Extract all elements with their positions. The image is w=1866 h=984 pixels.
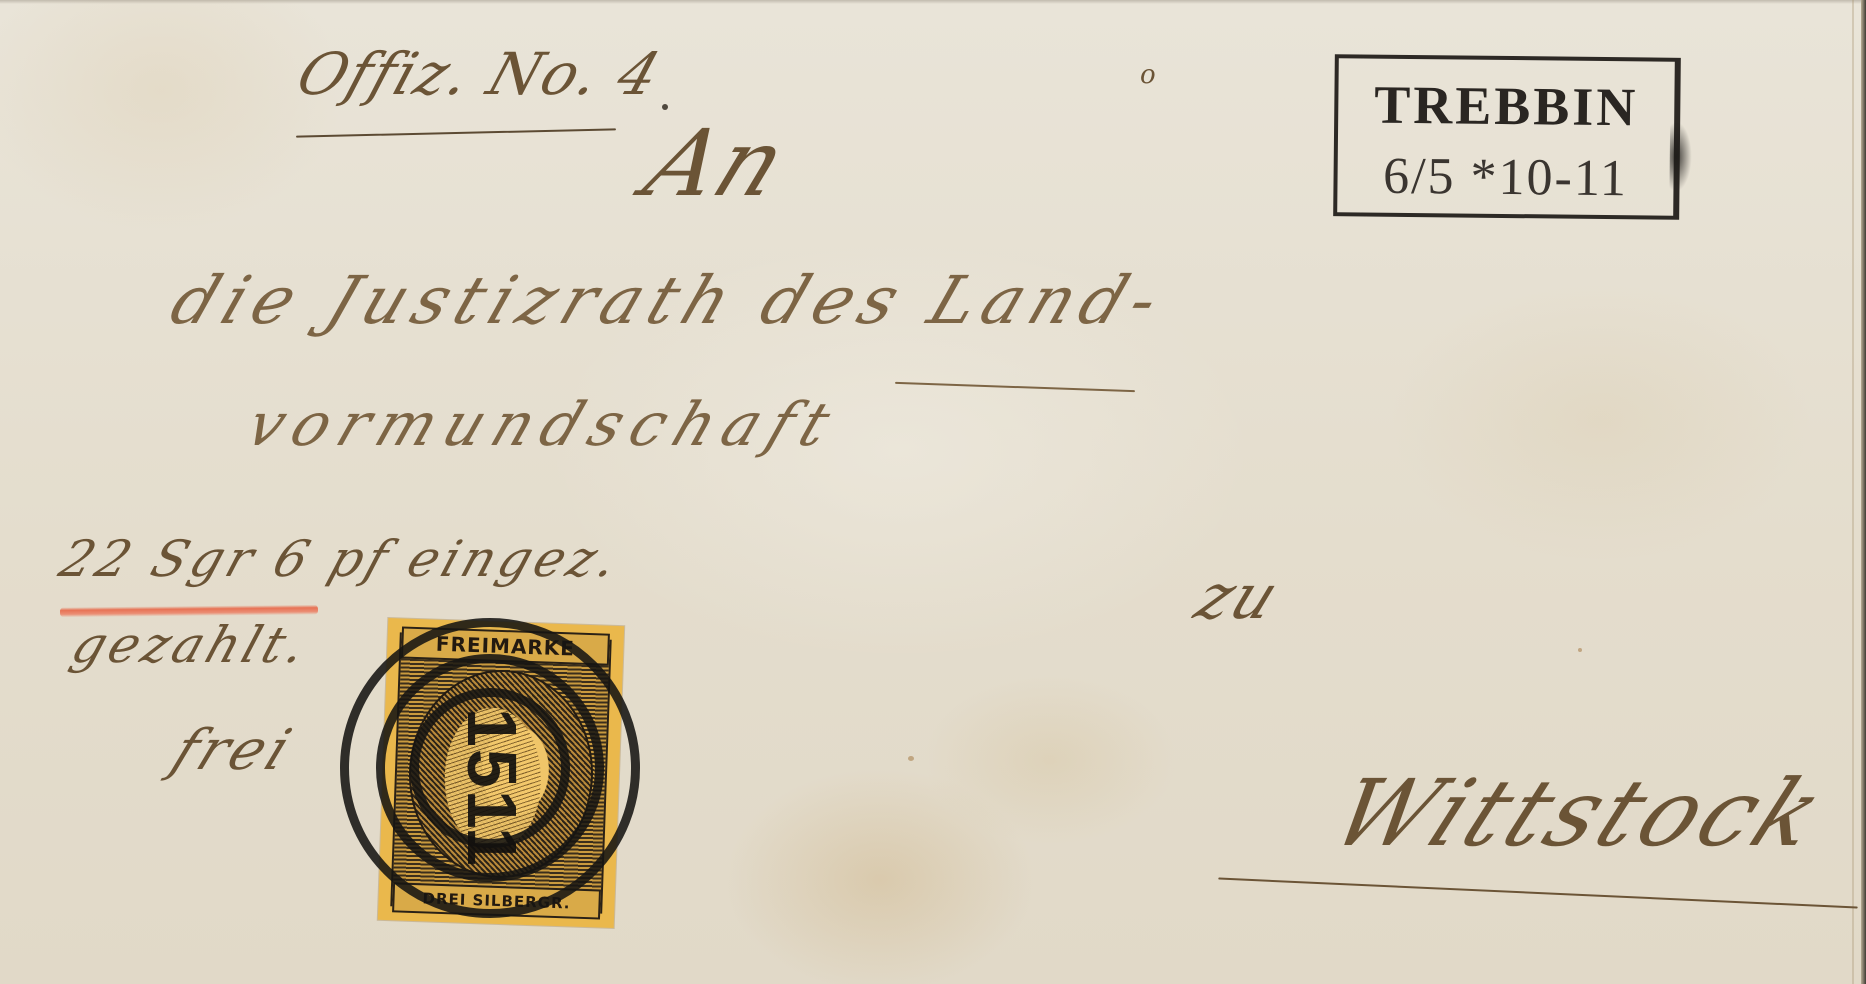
docket-note: Offiz. No. 4	[289, 40, 670, 108]
postal-cover: Offiz. No. 4 o TREBBIN 6/5 *10-11 An die…	[0, 0, 1866, 984]
address-line-2: vormundschaft	[237, 390, 849, 460]
stamp-label-bottom: DREI SILBERGR.	[392, 882, 601, 919]
address-flourish	[895, 382, 1135, 392]
address-town: Wittstock	[1316, 760, 1843, 867]
fee-note-line-2: gezahlt.	[65, 616, 318, 674]
right-edge	[1861, 0, 1866, 984]
top-edge-shadow	[0, 0, 1866, 4]
docket-underline	[296, 128, 616, 137]
foxing-spot	[1578, 648, 1582, 652]
postmark-date: 6/5 *10-11	[1337, 148, 1674, 208]
address-line-1: die Justizrath des Land-	[161, 262, 1177, 339]
postmark-smudge	[1669, 122, 1692, 192]
fee-note: 22 Sgr 6 pf eingez.	[53, 530, 629, 588]
postmark-town: TREBBIN	[1338, 74, 1675, 138]
foxing-spot	[908, 756, 914, 761]
trebbin-postmark: TREBBIN 6/5 *10-11	[1333, 54, 1681, 220]
ink-mark: o	[1140, 60, 1158, 90]
address-underline	[1218, 877, 1857, 908]
foxing-spot	[662, 104, 668, 110]
franco-note: frei	[163, 718, 304, 783]
address-to: zu	[1185, 560, 1291, 633]
postage-stamp: FREIMARKE DREI SILBERGR.	[378, 618, 624, 928]
fold-line	[1852, 0, 1854, 984]
address-salutation: An	[630, 110, 803, 217]
